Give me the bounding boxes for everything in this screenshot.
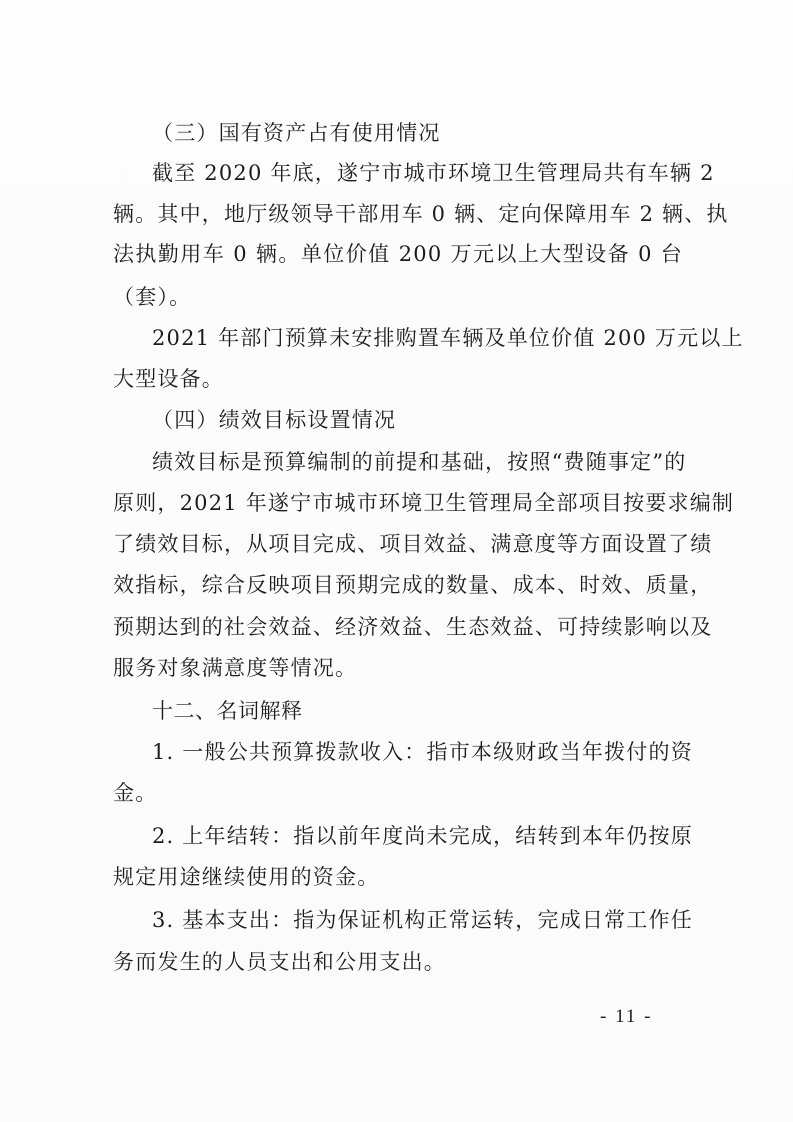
paragraph-line: 预期达到的社会效益、经济效益、生态效益、可持续影响以及 [113, 612, 683, 642]
glossary-item-line: 务而发生的人员支出和公用支出。 [113, 947, 683, 977]
glossary-item-line: 3. 基本支出：指为保证机构正常运转，完成日常工作任 [152, 905, 683, 935]
paragraph-line: 法执勤用车 0 辆。单位价值 200 万元以上大型设备 0 台 [113, 239, 683, 269]
paragraph-line: 大型设备。 [113, 364, 683, 394]
paragraph-line: 截至 2020 年底，遂宁市城市环境卫生管理局共有车辆 2 [152, 158, 683, 188]
section-heading-state-assets: （三）国有资产占有使用情况 [152, 118, 441, 148]
page-number: - 11 - [600, 1006, 652, 1028]
section-heading-performance-goals: （四）绩效目标设置情况 [152, 405, 396, 435]
paragraph-line: 绩效目标是预算编制的前提和基础，按照“费随事定”的 [152, 447, 683, 477]
document-page: （三）国有资产占有使用情况 截至 2020 年底，遂宁市城市环境卫生管理局共有车… [0, 0, 793, 1122]
paragraph-line: 辆。其中，地厅级领导干部用车 0 辆、定向保障用车 2 辆、执 [113, 199, 683, 229]
glossary-item-line: 规定用途继续使用的资金。 [113, 862, 683, 892]
paragraph-line: 了绩效目标，从项目完成、项目效益、满意度等方面设置了绩 [113, 529, 683, 559]
paragraph-line: 服务对象满意度等情况。 [113, 653, 683, 683]
paragraph-line: （套）。 [113, 282, 683, 312]
chapter-heading-glossary: 十二、名词解释 [152, 696, 303, 726]
paragraph-line: 原则，2021 年遂宁市城市环境卫生管理局全部项目按要求编制 [113, 488, 683, 518]
paragraph-line: 2021 年部门预算未安排购置车辆及单位价值 200 万元以上 [152, 323, 683, 353]
glossary-item-line: 2. 上年结转：指以前年度尚未完成，结转到本年仍按原 [152, 821, 683, 851]
paragraph-line: 效指标，综合反映项目预期完成的数量、成本、时效、质量， [113, 570, 683, 600]
glossary-item-line: 1. 一般公共预算拨款收入：指市本级财政当年拨付的资 [152, 737, 683, 767]
glossary-item-line: 金。 [113, 778, 683, 808]
